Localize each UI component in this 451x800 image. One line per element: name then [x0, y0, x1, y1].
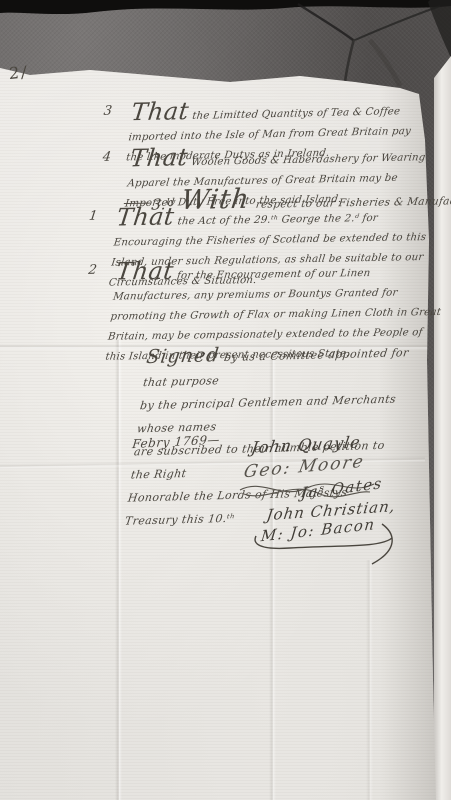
fold-crease	[366, 560, 373, 800]
closing-keyword: Signed	[145, 344, 221, 368]
photograph-of-manuscript-page: 2/ 3 Thatthe Limitted Quantitys of Tea &…	[0, 0, 451, 800]
folio-number: 2/	[9, 62, 28, 83]
item-keyword: That	[130, 97, 191, 126]
item-keyword: That	[114, 257, 175, 286]
item-keyword: That	[129, 143, 190, 172]
fold-crease	[115, 340, 122, 800]
item-keyword: That	[115, 202, 176, 231]
closing-line: by the principal Gentlemen and Merchants…	[136, 387, 412, 440]
adjacent-page-edge	[434, 0, 451, 800]
closing-line: Signedby us a Comittee appointed for tha…	[142, 339, 418, 394]
